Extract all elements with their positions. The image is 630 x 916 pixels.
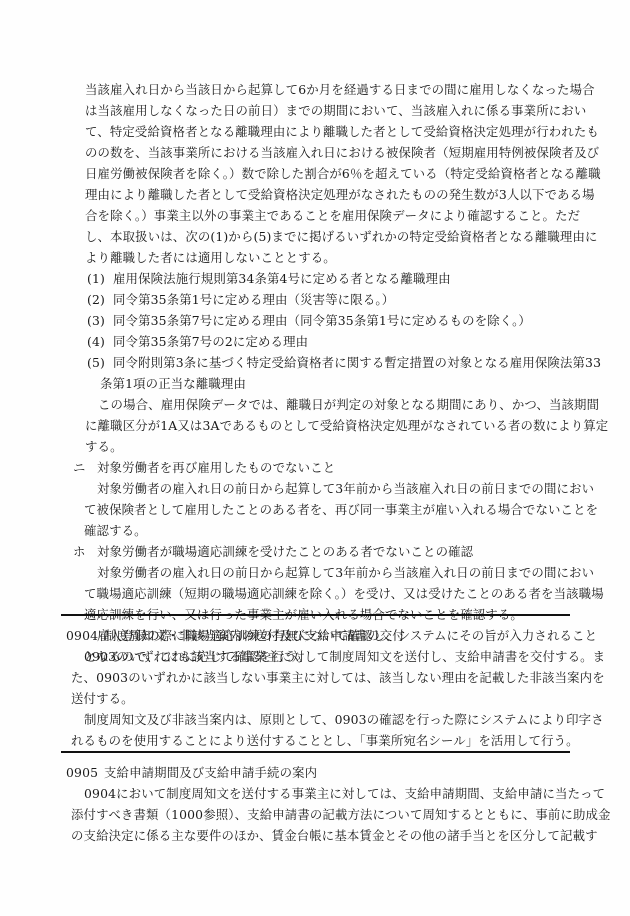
paragraph-line: 合を除く。）事業主以外の事業主であることを雇用保険データにより確認すること。ただ — [85, 208, 580, 224]
paragraph-line: 対象労働者の雇入れ日の前日から起算して3年前から当該雇入れ日の前日までの間におい — [97, 481, 594, 497]
paragraph-line: 当該雇入れ日から当該日から起算して6か月を経過する日までの間に雇用しなくなった場… — [85, 82, 595, 98]
list-item: 同令附則第3条に基づく特定受給資格者に関する暫定措置の対象となる雇用保険法第33 — [113, 355, 601, 371]
paragraph-line: 0904において制度周知文を送付する事業主に対しては、支給申請期間、支給申請に当… — [84, 786, 605, 802]
list-marker: (2) — [87, 292, 105, 308]
paragraph-line: て、特定受給資格者となる離職理由により離職した者として受給資格決定処理が行われた… — [85, 124, 599, 140]
paragraph-line: 対象労働者の雇入れ日の前日から起算して3年前から当該雇入れ日の前日までの間におい — [97, 565, 594, 581]
paragraph-line: 確認する。 — [84, 523, 147, 539]
paragraph-line: する。 — [85, 439, 123, 455]
list-item: 同令第35条第1号に定める理由（災害等に限る。） — [113, 292, 394, 308]
paragraph-line: は当該雇用しなくなった日の前日）までの期間において、当該雇入れに係る事業所におい — [85, 103, 586, 119]
section-divider — [61, 751, 570, 753]
paragraph-line: れるものを使用することにより送付することとし、「事業所宛名シール」を活用して行う… — [71, 733, 579, 749]
section-number: 0904 — [66, 628, 98, 644]
paragraph-line: のの数を、当該事業所における当該雇入れ日における被保険者（短期雇用特例被保険者及… — [85, 145, 599, 161]
section-title: 制度周知文・非該当案内の送付及び支給申請書の交付 — [104, 628, 405, 644]
paragraph-line: より離職した者には適用しないこととする。 — [85, 250, 336, 266]
paragraph-line: 理由により離職した者として受給資格決定処理がなされたものの発生数が3人以下である… — [85, 187, 595, 203]
paragraph-line: 制度周知文及び非該当案内は、原則として、0903の確認を行った際にシステムにより… — [84, 712, 604, 728]
paragraph-line: 添付すべき書類（1000参照）、支給申請書の記載方法について周知するとともに、事… — [71, 807, 611, 823]
paragraph-line: この場合、雇用保険データでは、離職日が判定の対象となる期間にあり、かつ、当該期間 — [98, 397, 599, 413]
item-heading-ho: 対象労働者が職場適応訓練を受けたことのある者でないことの確認 — [97, 544, 473, 560]
document-page: 当該雇入れ日から当該日から起算して6か月を経過する日までの間に雇用しなくなった場… — [0, 0, 630, 916]
section-number: 0905 — [66, 765, 98, 781]
item-heading-ni: 対象労働者を再び雇用したものでないこと — [97, 460, 335, 476]
list-marker: (1) — [87, 271, 105, 287]
list-marker: (4) — [87, 334, 105, 350]
paragraph-line: 送付する。 — [71, 691, 134, 707]
paragraph-line: 0903のいずれにも該当する事業主に対して制度周知文を送付し、支給申請書を交付す… — [84, 649, 605, 665]
paragraph-line: の支給決定に係る主な要件のほか、賃金台帳に基本賃金とその他の諸手当とを区分して記… — [71, 828, 598, 844]
list-item-continuation: 条第1項の正当な離職理由 — [100, 376, 246, 392]
list-item: 雇用保険法施行規則第34条第4号に定める者となる離職理由 — [113, 271, 451, 287]
paragraph-line: 日雇労働被保険者を除く。）数で除した割合が6％を超えている（特定受給資格者となる… — [85, 166, 601, 182]
list-item: 同令第35条第7号に定める理由（同令第35条第1号に定めるものを除く。） — [113, 313, 531, 329]
list-marker: (3) — [87, 313, 105, 329]
list-item: 同令第35条第7号の2に定める理由 — [113, 334, 308, 350]
item-marker-ni: ニ — [73, 460, 86, 476]
paragraph-line: し、本取扱いは、次の(1)から(5)までに掲げるいずれかの特定受給資格者となる離… — [85, 229, 598, 245]
paragraph-line: て被保険者として雇用したことのある者を、再び同一事業主が雇い入れる場合でないこと… — [84, 502, 598, 518]
list-marker: (5) — [87, 355, 105, 371]
paragraph-line: た、0903のいずれかに該当しない事業主に対しては、該当しない理由を記載した非該… — [71, 670, 605, 686]
paragraph-line: に離職区分が1A又は3Aであるものとして受給資格決定処理がなされている者の数によ… — [85, 418, 608, 434]
section-divider — [61, 614, 570, 616]
paragraph-line: て職場適応訓練（短期の職場適応訓練を除く。）を受け、又は受けたことのある者を当該… — [84, 586, 604, 602]
section-title: 支給申請期間及び支給申請手続の案内 — [104, 765, 317, 781]
item-marker-ho: ホ — [73, 544, 86, 560]
